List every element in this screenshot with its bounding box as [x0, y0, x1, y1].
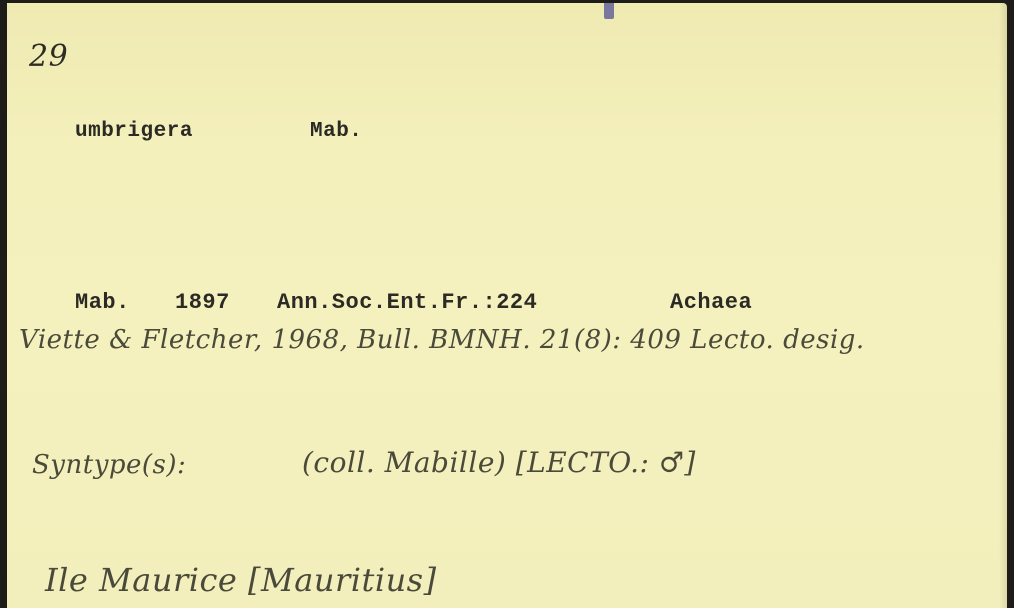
species-author: Mab.: [310, 120, 362, 143]
reference-genus: Achaea: [670, 290, 752, 315]
syntype-value: (coll. Mabille) [LECTO.: ♂]: [302, 446, 696, 479]
card-number: 29: [29, 39, 68, 74]
syntype-label: Syntype(s):: [32, 450, 186, 480]
lectotype-designation-note: Viette & Fletcher, 1968, Bull. BMNH. 21(…: [19, 325, 865, 355]
reference-year: 1897: [175, 290, 230, 315]
species-name: umbrigera: [75, 120, 193, 143]
reference-author: Mab.: [75, 290, 130, 315]
card-tab-marker: [604, 3, 614, 19]
type-locality: Ile Maurice [Mauritius]: [45, 561, 437, 599]
index-card: 29 umbrigera Mab. Mab. 1897 Ann.Soc.Ent.…: [7, 3, 1007, 608]
reference-journal: Ann.Soc.Ent.Fr.:224: [277, 290, 537, 315]
